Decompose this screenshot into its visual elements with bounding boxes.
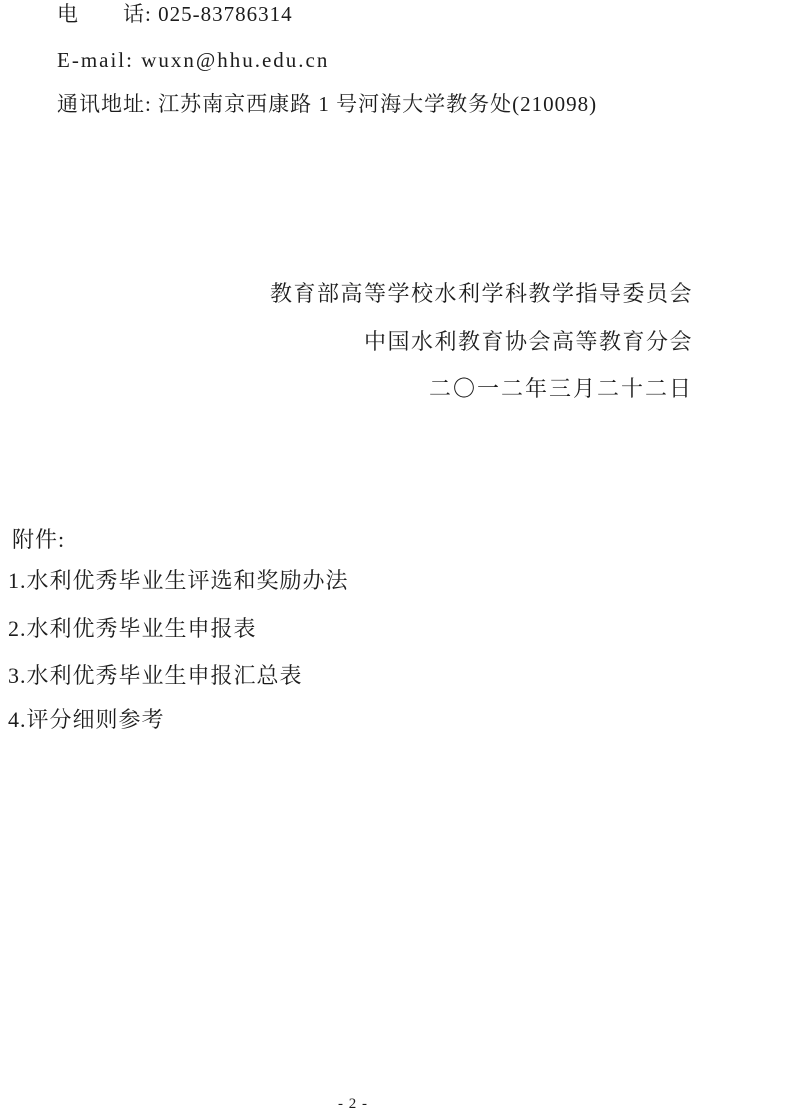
attachments-heading: 附件: [12, 527, 65, 553]
attachment-item-1: 1.水利优秀毕业生评选和奖励办法 [8, 568, 349, 594]
attachment-item-2: 2.水利优秀毕业生申报表 [8, 616, 257, 642]
contact-email-line: E-mail: wuxn@hhu.edu.cn [57, 47, 329, 73]
signature-date-line: 二〇一二年三月二十二日 [429, 376, 693, 402]
page-number: - 2 - [338, 1091, 368, 1116]
document-page: 电 话: 025-83786314 E-mail: wuxn@hhu.edu.c… [0, 0, 800, 1116]
signature-org-line-1: 教育部高等学校水利学科教学指导委员会 [270, 281, 693, 307]
contact-address-line: 通讯地址: 江苏南京西康路 1 号河海大学教务处(210098) [57, 91, 597, 117]
attachment-item-3: 3.水利优秀毕业生申报汇总表 [8, 663, 303, 689]
attachment-item-4: 4.评分细则参考 [8, 707, 165, 733]
contact-phone-line: 电 话: 025-83786314 [57, 1, 293, 27]
signature-org-line-2: 中国水利教育协会高等教育分会 [364, 329, 693, 355]
